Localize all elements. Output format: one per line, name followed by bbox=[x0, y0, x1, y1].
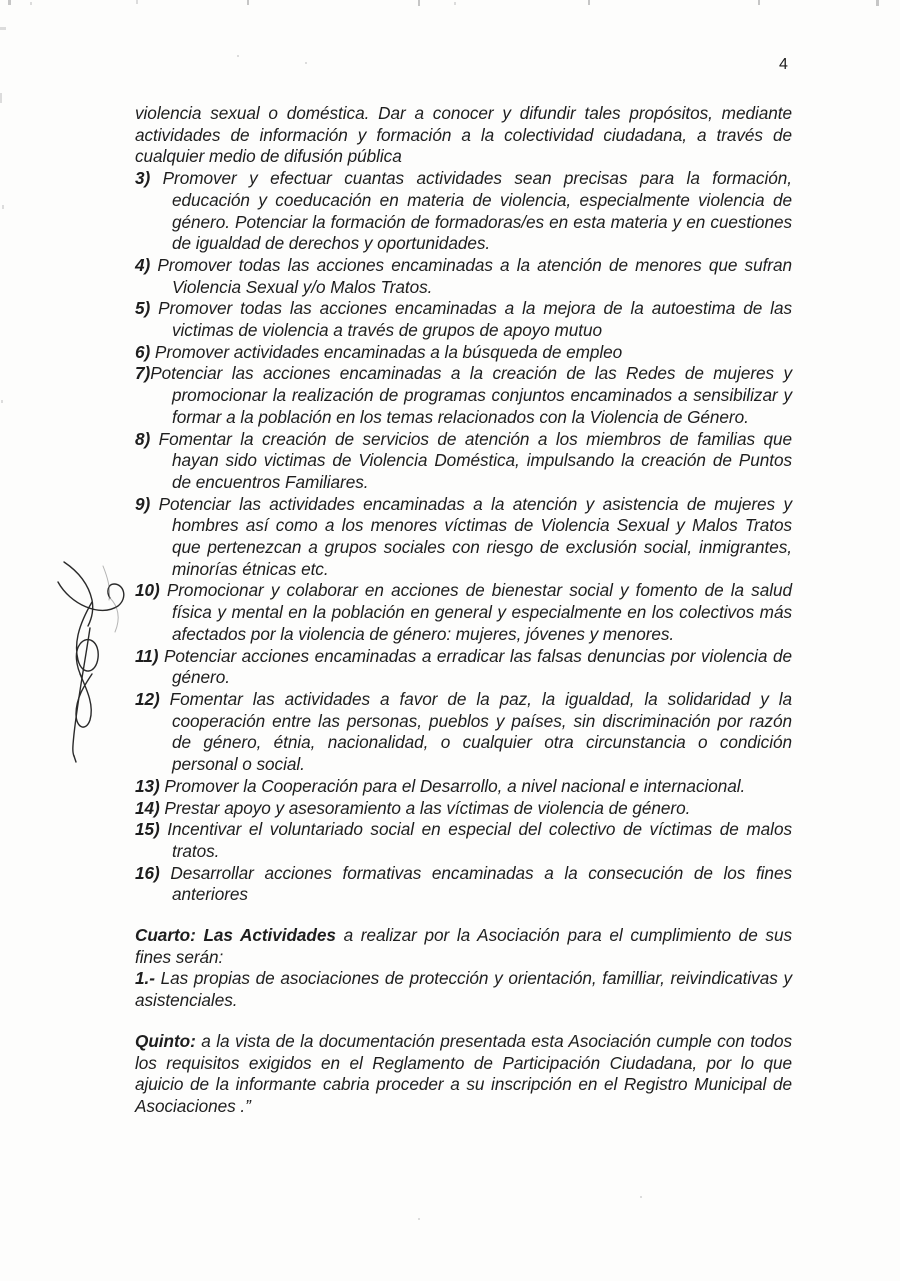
fines-list-item: 14) Prestar apoyo y asesoramiento a las … bbox=[135, 798, 792, 820]
fines-list-item-number: 14) bbox=[135, 798, 160, 818]
scan-speck bbox=[0, 27, 6, 30]
scan-tick-mark bbox=[30, 2, 32, 5]
fines-list-item: 10) Promocionar y colaborar en acciones … bbox=[135, 580, 792, 645]
fines-list-item-number: 16) bbox=[135, 863, 160, 883]
fines-list-item: 8) Fomentar la creación de servicios de … bbox=[135, 429, 792, 494]
scan-tick-mark bbox=[247, 0, 249, 5]
scan-tick-mark bbox=[418, 0, 420, 6]
fines-list-item-number: 13) bbox=[135, 776, 160, 796]
section-quinto-text: a la vista de la documentación presentad… bbox=[135, 1031, 792, 1116]
fines-list-item: 13) Promover la Cooperación para el Desa… bbox=[135, 776, 792, 798]
scan-tick-mark bbox=[8, 0, 11, 5]
fines-list-item: 16) Desarrollar acciones formativas enca… bbox=[135, 863, 792, 906]
fines-list-item-number: 11) bbox=[135, 646, 158, 666]
section-quinto: Quinto: a la vista de la documentación p… bbox=[135, 1031, 792, 1118]
fines-list-item: 6) Promover actividades encaminadas a la… bbox=[135, 342, 792, 364]
fines-list-item-number: 4) bbox=[135, 255, 150, 275]
scan-tick-mark bbox=[454, 2, 456, 5]
signature-rubric-scribble bbox=[48, 548, 143, 773]
fines-list-item-text: Promocionar y colaborar en acciones de b… bbox=[160, 580, 792, 643]
fines-list-item-text: Potenciar acciones encaminadas a erradic… bbox=[158, 646, 792, 688]
fines-list-item-number: 10) bbox=[135, 580, 160, 600]
fines-list-item-number: 15) bbox=[135, 819, 160, 839]
fines-list-item: 5) Promover todas las acciones encaminad… bbox=[135, 298, 792, 341]
fines-list-item-text: Promover todas las acciones encaminadas … bbox=[150, 255, 792, 297]
fines-list-item-number: 12) bbox=[135, 689, 160, 709]
fines-list-item-number: 6) bbox=[135, 342, 150, 362]
section-activity-1: 1.- Las propias de asociaciones de prote… bbox=[135, 968, 792, 1011]
fines-list-item: 15) Incentivar el voluntariado social en… bbox=[135, 819, 792, 862]
scan-tick-mark bbox=[136, 0, 138, 4]
fines-list-item: 9) Potenciar las actividades encaminadas… bbox=[135, 494, 792, 581]
fines-list-item-text: Promover y efectuar cuantas actividades … bbox=[150, 168, 792, 253]
scan-speck bbox=[640, 1196, 642, 1198]
scan-speck bbox=[418, 1218, 420, 1220]
fines-list-item-text: Potenciar las acciones encaminadas a la … bbox=[150, 363, 792, 426]
section-cuarto: Cuarto: Las Actividades a realizar por l… bbox=[135, 925, 792, 968]
fines-list-item-text: Promover todas las acciones encaminadas … bbox=[150, 298, 792, 340]
scan-speck bbox=[2, 205, 4, 209]
section-activity-1-text: Las propias de asociaciones de protecció… bbox=[135, 968, 792, 1010]
fines-list-item-number: 9) bbox=[135, 494, 150, 514]
section-activity-1-lead: 1.- bbox=[135, 968, 155, 988]
document-body: violencia sexual o doméstica. Dar a cono… bbox=[135, 103, 792, 1118]
fines-list-item-text: Desarrollar acciones formativas encamina… bbox=[160, 863, 792, 905]
scan-speck bbox=[0, 93, 2, 103]
fines-list-item-text: Incentivar el voluntariado social en esp… bbox=[160, 819, 792, 861]
fines-list-item: 12) Fomentar las actividades a favor de … bbox=[135, 689, 792, 776]
fines-list-item-text: Promover la Cooperación para el Desarrol… bbox=[160, 776, 746, 796]
scan-speck bbox=[237, 55, 239, 57]
fines-list-item-text: Fomentar la creación de servicios de ate… bbox=[150, 429, 792, 492]
section-quinto-lead: Quinto: bbox=[135, 1031, 196, 1051]
fines-list-item: 3) Promover y efectuar cuantas actividad… bbox=[135, 168, 792, 255]
scan-speck bbox=[1, 400, 3, 403]
fines-list: 3) Promover y efectuar cuantas actividad… bbox=[135, 168, 792, 906]
fines-list-item-text: Potenciar las actividades encaminadas a … bbox=[150, 494, 792, 579]
fines-list-item-text: Fomentar las actividades a favor de la p… bbox=[160, 689, 792, 774]
scan-tick-mark bbox=[876, 0, 879, 6]
fines-list-item-number: 5) bbox=[135, 298, 150, 318]
intro-paragraph: violencia sexual o doméstica. Dar a cono… bbox=[135, 103, 792, 168]
section-cuarto-lead: Cuarto: Las Actividades bbox=[135, 925, 336, 945]
fines-list-item-text: Prestar apoyo y asesoramiento a las víct… bbox=[160, 798, 691, 818]
scan-speck bbox=[305, 62, 307, 64]
page-number: 4 bbox=[779, 56, 788, 74]
fines-list-item-text: Promover actividades encaminadas a la bú… bbox=[150, 342, 622, 362]
fines-list-item: 4) Promover todas las acciones encaminad… bbox=[135, 255, 792, 298]
fines-list-item-number: 8) bbox=[135, 429, 150, 449]
scan-tick-mark bbox=[758, 0, 760, 5]
scanned-document-page: 4 violencia sexual o doméstica. Dar a co… bbox=[0, 0, 900, 1281]
scan-tick-mark bbox=[588, 0, 590, 5]
fines-list-item: 7)Potenciar las acciones encaminadas a l… bbox=[135, 363, 792, 428]
fines-list-item-number: 7) bbox=[135, 363, 150, 383]
fines-list-item-number: 3) bbox=[135, 168, 150, 188]
fines-list-item: 11) Potenciar acciones encaminadas a err… bbox=[135, 646, 792, 689]
